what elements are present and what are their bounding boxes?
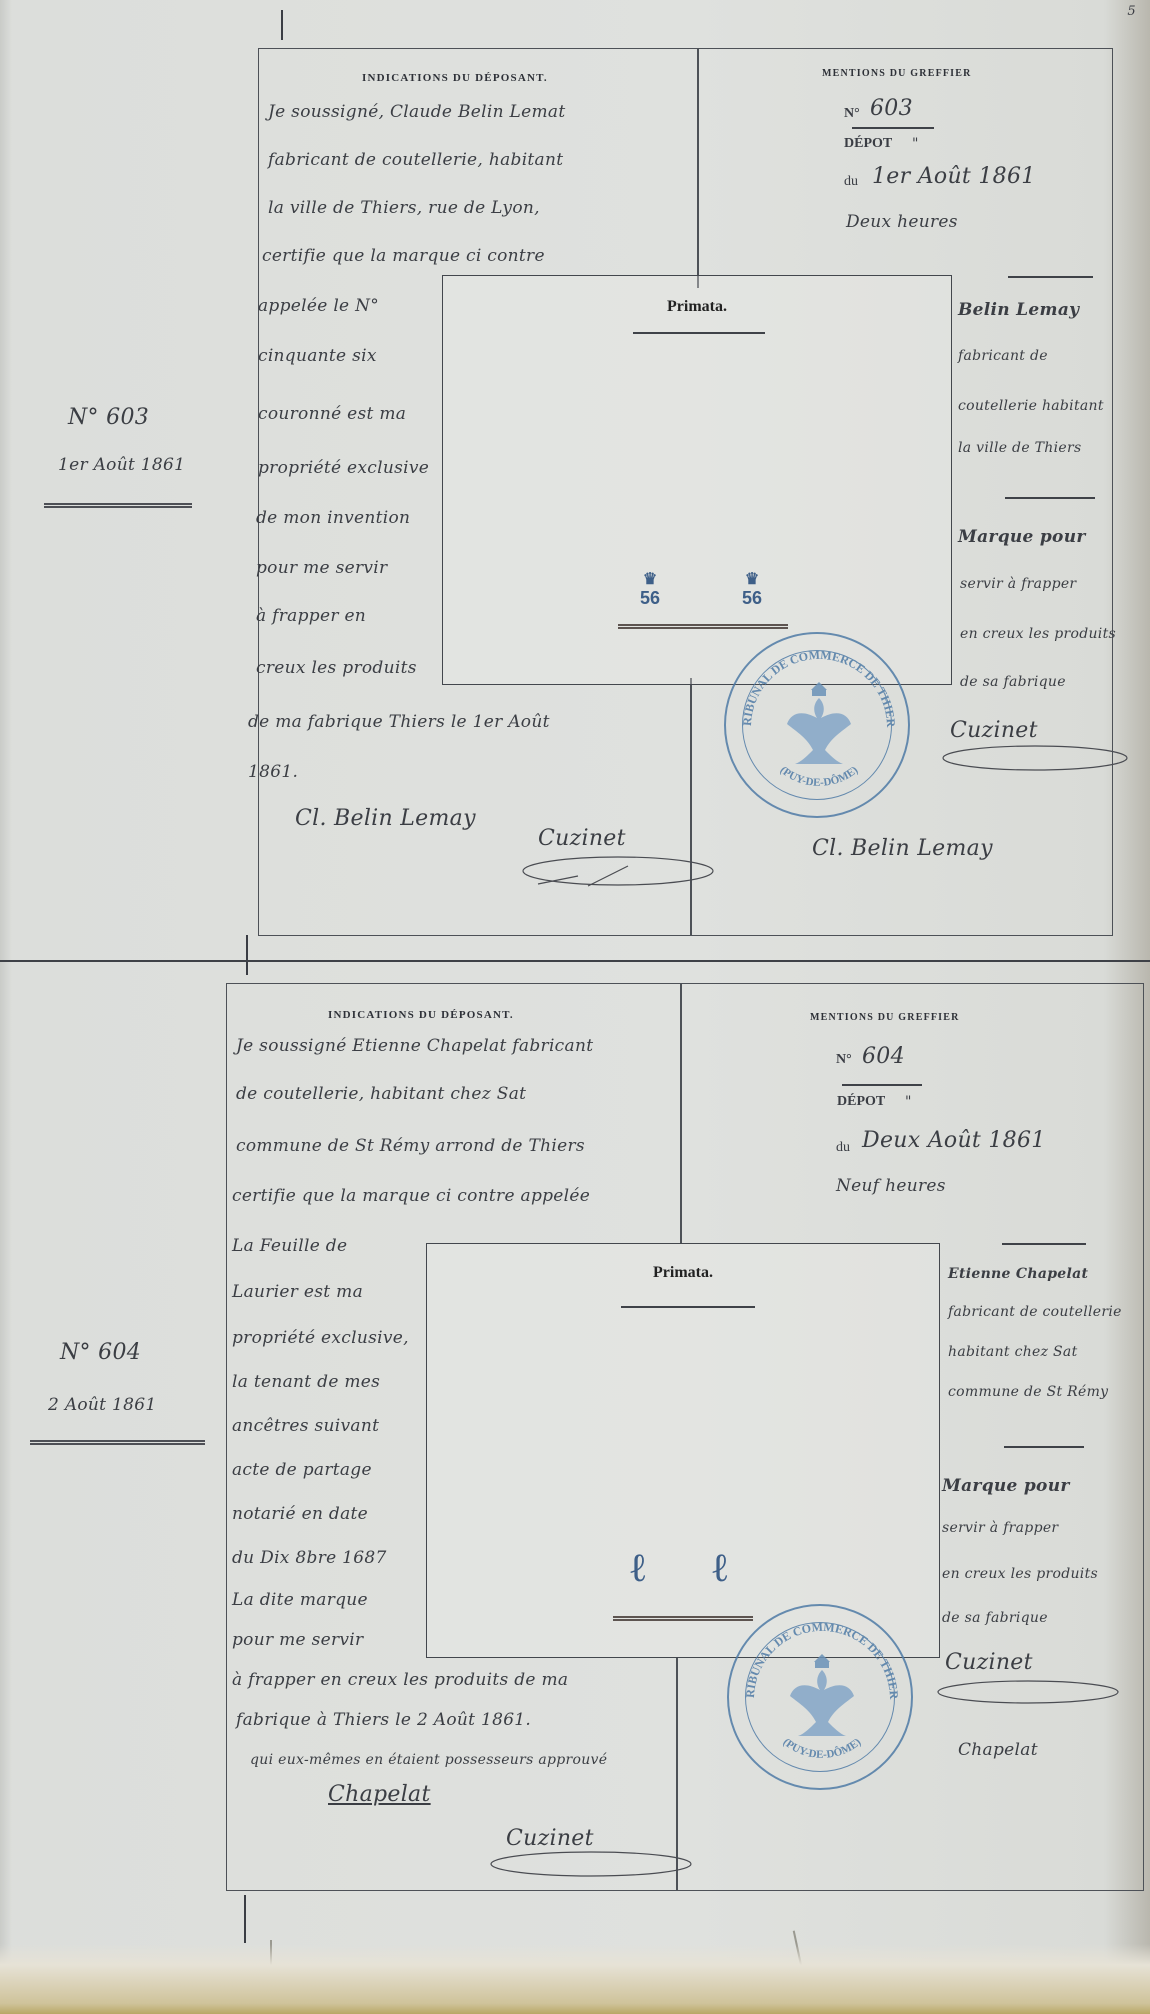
title-rule — [621, 1306, 755, 1308]
eagle-icon: TRIBUNAL DE COMMERCE DE THIERS (PUY-DE-D… — [726, 634, 912, 820]
clerk-name-line: la ville de Thiers — [958, 440, 1081, 456]
deposit-time: Neuf heures — [836, 1176, 946, 1196]
depositor-line: de coutellerie, habitant chez Sat — [236, 1084, 526, 1104]
date-label: du — [844, 174, 858, 190]
margin-entry-number: N° 604 — [60, 1340, 141, 1365]
crown-icon: ♛ — [635, 572, 665, 588]
depositor-line: Je soussigné Etienne Chapelat fabricant — [236, 1036, 593, 1056]
depositor-line: couronné est ma — [258, 404, 406, 424]
clerk-number-value: 604 — [862, 1044, 905, 1069]
clerk-name-line: habitant chez Sat — [948, 1344, 1078, 1360]
tribunal-stamp: TRIBUNAL DE COMMERCE DE THIERS (PUY-DE-D… — [724, 632, 910, 818]
clerk-signature-flourish: Cuzinet — [950, 718, 1038, 743]
flourish-icon — [933, 1666, 1133, 1716]
paper-tear — [793, 1931, 810, 2000]
section-rule — [1004, 1446, 1084, 1448]
deposit-time: Deux heures — [846, 212, 958, 232]
depot-value: " — [912, 136, 919, 152]
deposit-date: Deux Août 1861 — [862, 1128, 1046, 1153]
margin-entry-date: 1er Août 1861 — [58, 455, 185, 475]
depositor-line: fabrique à Thiers le 2 Août 1861. — [236, 1710, 531, 1730]
depot-value: " — [905, 1094, 912, 1110]
clerk-name-line: commune de St Rémy — [948, 1384, 1108, 1400]
column-divider — [680, 983, 682, 1243]
depositor-line: la ville de Thiers, rue de Lyon, — [268, 198, 540, 218]
clerk-signature-flourish: Cuzinet — [945, 1650, 1033, 1675]
depositor-line: à frapper en — [256, 606, 366, 626]
depositor-line: certifie que la marque ci contre appelée — [232, 1186, 590, 1206]
svg-text:TRIBUNAL DE COMMERCE DE THIERS: TRIBUNAL DE COMMERCE DE THIERS — [726, 634, 898, 728]
depositor-signature: Chapelat — [328, 1782, 431, 1807]
mark-number: 56 — [635, 588, 665, 609]
title-rule — [633, 332, 765, 334]
margin-entry-number: N° 603 — [68, 405, 149, 430]
laurel-leaf-mark: ℓ — [623, 1544, 653, 1591]
depositor-line: de mon invention — [256, 508, 410, 528]
depositor-line: du Dix 8bre 1687 — [232, 1548, 387, 1568]
clerk-purpose-line: servir à frapper — [960, 576, 1076, 592]
binding-line — [281, 10, 283, 40]
column-divider — [697, 48, 699, 288]
svg-text:(PUY-DE-DÔME): (PUY-DE-DÔME) — [778, 764, 861, 789]
clerk-name-line: coutellerie habitant — [958, 398, 1104, 414]
tribunal-stamp: TRIBUNAL DE COMMERCE DE THIERS (PUY-DE-D… — [727, 1604, 913, 1790]
clerk-purpose-line: de sa fabrique — [942, 1610, 1048, 1626]
clerk-purpose-line: Marque pour — [942, 1476, 1070, 1496]
mark-specimen-box: Primata. ℓ ℓ — [426, 1243, 940, 1658]
clerk-number-label: N° — [836, 1052, 852, 1068]
clerk-signature-flourish: Cuzinet — [538, 826, 626, 851]
clerk-number-label: N° — [844, 106, 860, 122]
mark-box-title: Primata. — [443, 298, 951, 316]
svg-text:TRIBUNAL DE COMMERCE DE THIERS: TRIBUNAL DE COMMERCE DE THIERS — [729, 1606, 901, 1700]
depositor-line: commune de St Rémy arrond de Thiers — [236, 1136, 585, 1156]
depositor-signature: Cl. Belin Lemay — [295, 806, 476, 831]
clerk-depositor-signature: Chapelat — [958, 1740, 1038, 1760]
margin-double-rule — [30, 1440, 205, 1445]
depot-label: DÉPOT — [837, 1094, 885, 1110]
crown-icon: ♛ — [737, 572, 767, 588]
register-page: 5 N° 603 1er Août 1861 INDICATIONS DU DÉ… — [0, 0, 1150, 2014]
mark-baseline-rule — [618, 624, 788, 629]
clerk-purpose-line: en creux les produits — [960, 626, 1116, 642]
binding-line — [244, 1895, 246, 1943]
depositor-line: Laurier est ma — [232, 1282, 363, 1302]
section-rule — [1002, 1243, 1086, 1245]
date-label: du — [836, 1140, 850, 1156]
clerk-number-value: 603 — [870, 96, 913, 121]
depositor-approval-note: qui eux-mêmes en étaient possesseurs app… — [250, 1752, 607, 1768]
depositor-line: certifie que la marque ci contre — [262, 246, 545, 266]
flourish-icon — [486, 1838, 696, 1888]
depositor-line: Je soussigné, Claude Belin Lemat — [268, 102, 565, 122]
depositor-line: propriété exclusive — [258, 458, 429, 478]
leaf-icon: ℓ — [705, 1544, 735, 1591]
depositor-line: pour me servir — [256, 558, 387, 578]
clerk-purpose-line: servir à frapper — [942, 1520, 1058, 1536]
depositor-line: 1861. — [248, 762, 298, 782]
depositor-line: à frapper en creux les produits de ma — [232, 1670, 568, 1690]
depositor-line: notarié en date — [232, 1504, 368, 1524]
section-rule — [1008, 276, 1093, 278]
clerk-purpose-line: de sa fabrique — [960, 674, 1066, 690]
svg-text:(PUY-DE-DÔME): (PUY-DE-DÔME) — [781, 1736, 864, 1761]
mark-specimen-box: Primata. ♛ 56 ♛ 56 — [442, 275, 952, 685]
depositor-line: appelée le N° — [258, 296, 379, 316]
depositor-line: cinquante six — [258, 346, 377, 366]
paper-tear — [270, 1940, 272, 1990]
depositor-line: creux les produits — [256, 658, 417, 678]
depositor-line: ancêtres suivant — [232, 1416, 379, 1436]
number-rule — [852, 127, 934, 129]
depot-label: DÉPOT — [844, 136, 892, 152]
column-divider — [690, 678, 692, 936]
laurel-leaf-mark: ℓ — [705, 1544, 735, 1591]
clerk-name-line: fabricant de — [958, 348, 1048, 364]
depositor-line: fabricant de coutellerie, habitant — [268, 150, 563, 170]
number-rule — [842, 1084, 922, 1086]
flourish-icon — [940, 732, 1140, 782]
entry-separator — [0, 960, 1150, 962]
clerk-depositor-name: Etienne Chapelat — [948, 1266, 1088, 1282]
depositor-line: de ma fabrique Thiers le 1er Août — [248, 712, 550, 732]
clerk-signature-flourish: Cuzinet — [506, 1826, 594, 1851]
flourish-icon — [518, 836, 718, 896]
eagle-icon: TRIBUNAL DE COMMERCE DE THIERS (PUY-DE-D… — [729, 1606, 915, 1792]
clerk-purpose-line: en creux les produits — [942, 1566, 1098, 1582]
depositor-line: La dite marque — [232, 1590, 368, 1610]
clerk-name-line: fabricant de coutellerie — [948, 1304, 1122, 1320]
depositor-line: propriété exclusive, — [232, 1328, 409, 1348]
crown-56-mark: ♛ 56 — [635, 572, 665, 609]
mark-number: 56 — [737, 588, 767, 609]
depositor-header: INDICATIONS DU DÉPOSANT. — [328, 1009, 514, 1021]
binding-line — [246, 935, 248, 975]
leaf-icon: ℓ — [623, 1544, 653, 1591]
deposit-date: 1er Août 1861 — [872, 164, 1036, 189]
clerk-header: MENTIONS DU GREFFIER — [810, 1012, 960, 1023]
clerk-depositor-name: Belin Lemay — [958, 300, 1079, 320]
clerk-depositor-signature: Cl. Belin Lemay — [812, 836, 993, 861]
clerk-header: MENTIONS DU GREFFIER — [822, 68, 972, 79]
clerk-purpose-line: Marque pour — [958, 527, 1086, 547]
mark-box-title: Primata. — [427, 1264, 939, 1282]
margin-double-rule — [44, 503, 192, 508]
depositor-header: INDICATIONS DU DÉPOSANT. — [362, 72, 548, 84]
crown-56-mark: ♛ 56 — [737, 572, 767, 609]
section-rule — [1005, 497, 1095, 499]
depositor-line: La Feuille de — [232, 1236, 347, 1256]
depositor-line: pour me servir — [232, 1630, 363, 1650]
margin-entry-date: 2 Août 1861 — [48, 1395, 156, 1415]
depositor-line: la tenant de mes — [232, 1372, 380, 1392]
page-number: 5 — [1127, 4, 1136, 19]
depositor-line: acte de partage — [232, 1460, 372, 1480]
